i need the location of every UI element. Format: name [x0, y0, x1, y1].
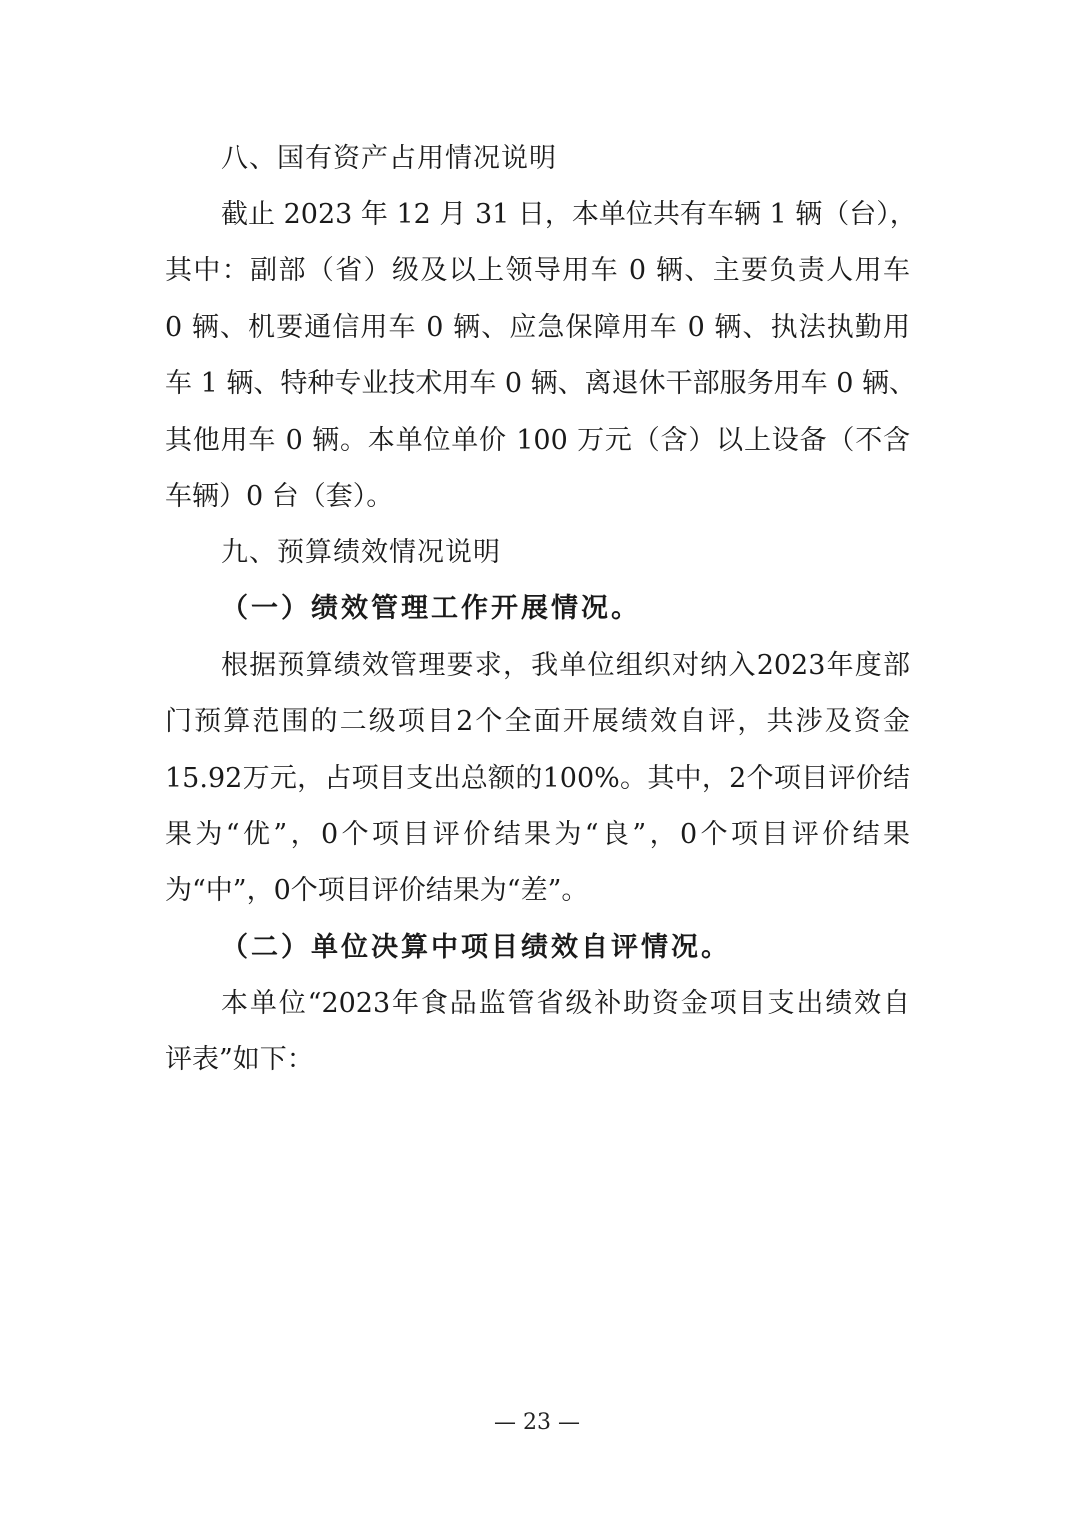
section-heading-state-assets: 八、国有资产占用情况说明: [221, 139, 910, 179]
page-number: — 23 —: [0, 1410, 1074, 1435]
paragraph-line: 0 辆、机要通信用车 0 辆、应急保障用车 0 辆、执法执勤用: [165, 308, 910, 348]
paragraph-line: 为“中”，0个项目评价结果为“差”。: [165, 871, 910, 911]
paragraph-line: 车辆）0 台（套）。: [165, 477, 910, 517]
paragraph-line: 车 1 辆、特种专业技术用车 0 辆、离退休干部服务用车 0 辆、: [165, 364, 910, 404]
paragraph-line: 本单位“2023年食品监管省级补助资金项目支出绩效自: [221, 984, 910, 1024]
paragraph-line: 门预算范围的二级项目2个全面开展绩效自评，共涉及资金: [165, 702, 910, 742]
subsection-heading-project-self-evaluation: （二）单位决算中项目绩效自评情况。: [221, 928, 910, 968]
subsection-heading-performance-management: （一）绩效管理工作开展情况。: [221, 589, 910, 629]
paragraph-line: 根据预算绩效管理要求，我单位组织对纳入2023年度部: [221, 646, 910, 686]
paragraph-line: 其中：副部（省）级及以上领导用车 0 辆、主要负责人用车: [165, 251, 910, 291]
document-page: 八、国有资产占用情况说明 截止 2023 年 12 月 31 日，本单位共有车辆…: [0, 0, 1074, 1520]
paragraph-line: 评表”如下：: [165, 1040, 910, 1080]
section-heading-budget-performance: 九、预算绩效情况说明: [221, 533, 910, 573]
paragraph-line: 15.92万元，占项目支出总额的100%。其中，2个项目评价结: [165, 759, 910, 799]
paragraph-line: 其他用车 0 辆。本单位单价 100 万元（含）以上设备（不含: [165, 421, 910, 461]
paragraph-line: 果为“优”，0个项目评价结果为“良”，0个项目评价结果: [165, 815, 910, 855]
paragraph-line: 截止 2023 年 12 月 31 日，本单位共有车辆 1 辆（台），: [221, 195, 910, 235]
